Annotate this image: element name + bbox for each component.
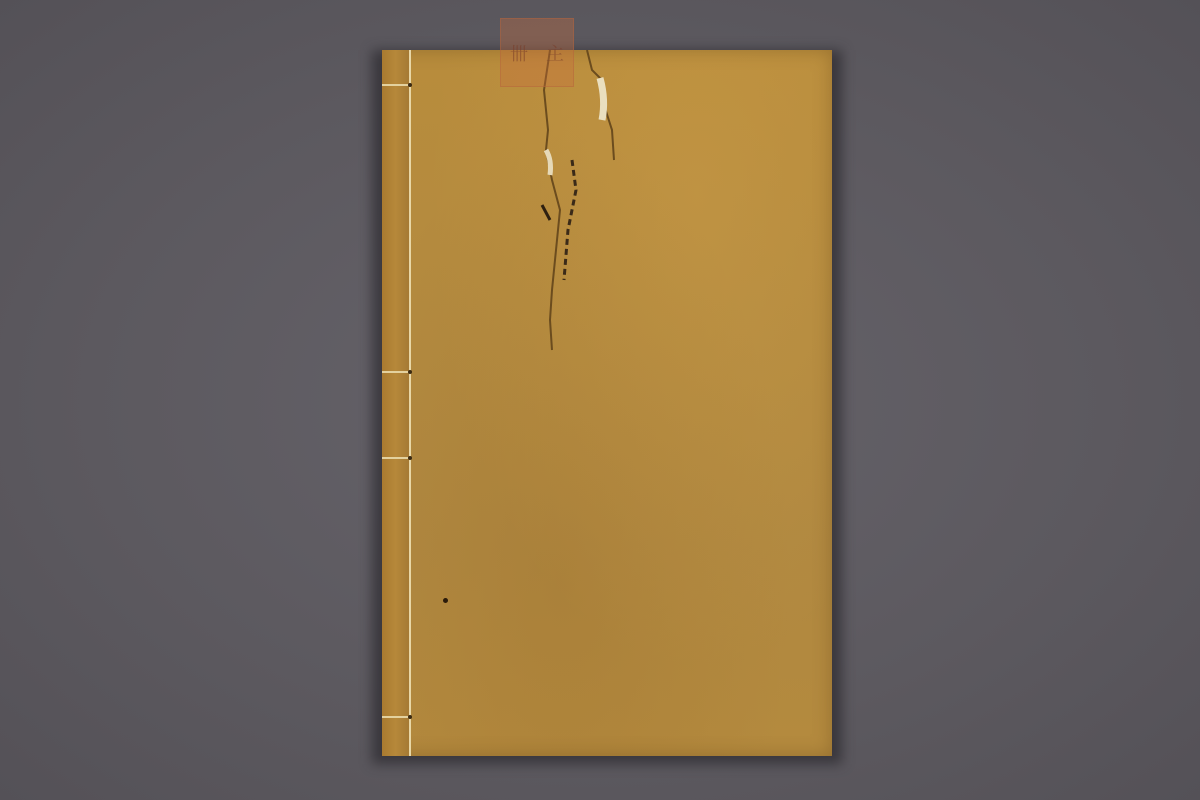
cover-cracks xyxy=(522,50,642,360)
title-label-tab: 卌 主 xyxy=(500,18,574,87)
stitch-hole xyxy=(408,456,412,460)
ink-spot xyxy=(443,598,448,603)
label-char-left: 卌 xyxy=(510,40,528,66)
binding-thread xyxy=(409,50,411,756)
stitch-hole xyxy=(408,83,412,87)
binding-stitch xyxy=(382,371,410,373)
binding-stitch xyxy=(382,457,410,459)
stitch-hole xyxy=(408,715,412,719)
binding-spine xyxy=(382,50,409,756)
binding-stitch xyxy=(382,716,410,718)
binding-stitch xyxy=(382,84,410,86)
stitch-hole xyxy=(408,370,412,374)
book-cover xyxy=(382,50,832,756)
label-char-right: 主 xyxy=(546,40,564,66)
